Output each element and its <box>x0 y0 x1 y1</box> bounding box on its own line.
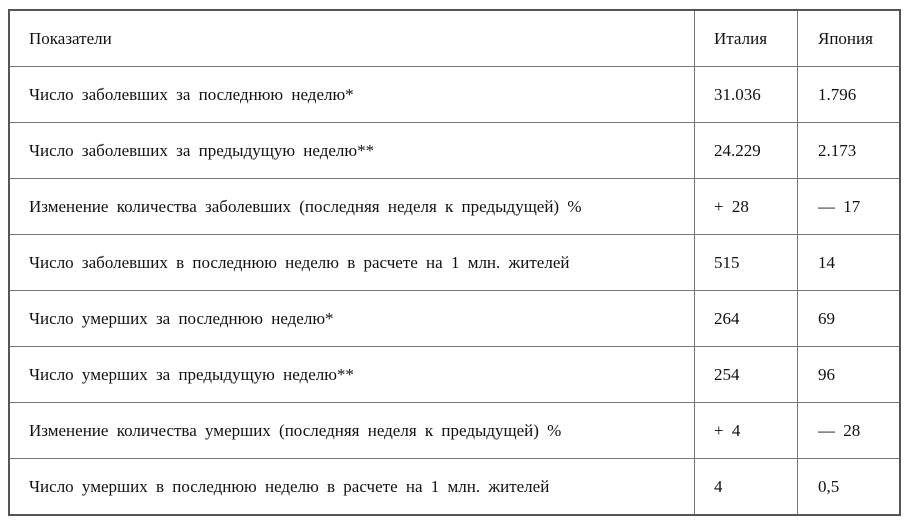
italy-value: + 4 <box>695 403 798 459</box>
japan-value: — 17 <box>798 179 901 235</box>
table-row: Число заболевших за последнюю неделю*31.… <box>9 67 900 123</box>
table-row: Число заболевших в последнюю неделю в ра… <box>9 235 900 291</box>
header-italy: Италия <box>695 10 798 67</box>
header-japan: Япония <box>798 10 901 67</box>
row-label: Изменение количества умерших (последняя … <box>9 403 695 459</box>
italy-value: 264 <box>695 291 798 347</box>
header-row: Показатели Италия Япония <box>9 10 900 67</box>
japan-value: 69 <box>798 291 901 347</box>
italy-value: 24.229 <box>695 123 798 179</box>
row-label: Число заболевших в последнюю неделю в ра… <box>9 235 695 291</box>
row-label: Изменение количества заболевших (последн… <box>9 179 695 235</box>
italy-value: + 28 <box>695 179 798 235</box>
row-label: Число умерших в последнюю неделю в расче… <box>9 459 695 516</box>
italy-value: 4 <box>695 459 798 516</box>
table-row: Изменение количества умерших (последняя … <box>9 403 900 459</box>
row-label: Число заболевших за предыдущую неделю** <box>9 123 695 179</box>
table-row: Число умерших за последнюю неделю*26469 <box>9 291 900 347</box>
table-row: Изменение количества заболевших (последн… <box>9 179 900 235</box>
italy-value: 515 <box>695 235 798 291</box>
header-indicators: Показатели <box>9 10 695 67</box>
japan-value: 2.173 <box>798 123 901 179</box>
japan-value: 96 <box>798 347 901 403</box>
row-label: Число умерших за предыдущую неделю** <box>9 347 695 403</box>
statistics-table: Показатели Италия Япония Число заболевши… <box>8 9 901 516</box>
japan-value: 14 <box>798 235 901 291</box>
table-row: Число заболевших за предыдущую неделю**2… <box>9 123 900 179</box>
italy-value: 31.036 <box>695 67 798 123</box>
japan-value: 1.796 <box>798 67 901 123</box>
japan-value: 0,5 <box>798 459 901 516</box>
italy-value: 254 <box>695 347 798 403</box>
japan-value: — 28 <box>798 403 901 459</box>
table-row: Число умерших в последнюю неделю в расче… <box>9 459 900 516</box>
table-row: Число умерших за предыдущую неделю**2549… <box>9 347 900 403</box>
row-label: Число умерших за последнюю неделю* <box>9 291 695 347</box>
row-label: Число заболевших за последнюю неделю* <box>9 67 695 123</box>
